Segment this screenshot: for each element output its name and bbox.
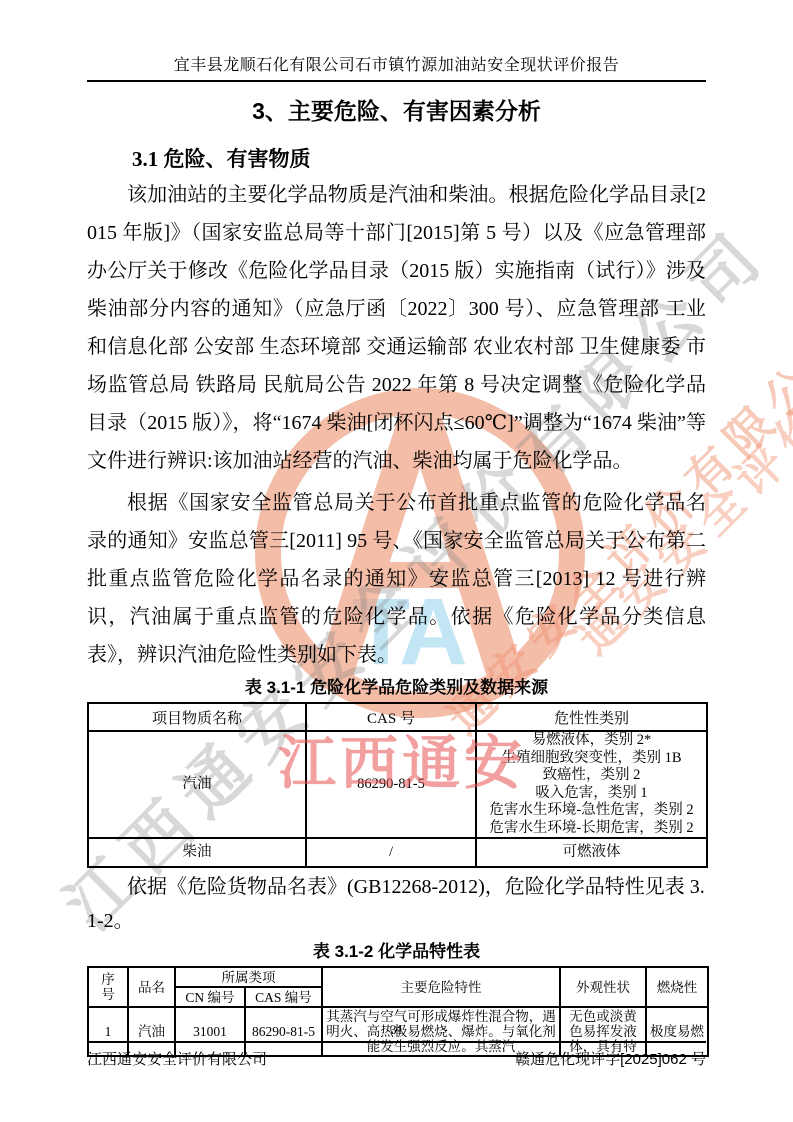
note-paragraph: 依据《危险货物品名表》(GB12268-2012)，危险化学品特性见表 3.1-… (87, 870, 706, 938)
col-header-category-group: 所属类项 (175, 967, 322, 987)
chapter-title: 3、主要危险、有害因素分析 (87, 96, 706, 126)
col-header-flammability: 燃烧性 (646, 967, 708, 1007)
col-header-cas-code: CAS 编号 (245, 987, 322, 1007)
cell-substance: 柴油 (88, 838, 306, 867)
cell-substance: 汽油 (88, 731, 306, 838)
table-header-row: 序 号 品名 所属类项 主要危险特性 外观性状 燃烧性 (88, 967, 708, 987)
footer-doc-number: 赣通危化现评字[2025]062 号 (515, 1048, 706, 1069)
page-number: 31 (87, 1022, 706, 1038)
table-row: 汽油 86290-81-5 易燃液体，类别 2* 生殖细胞致突变性，类别 1B … (88, 731, 707, 838)
col-header-substance: 项目物质名称 (88, 703, 306, 731)
table-row: 柴油 / 可燃液体 (88, 838, 707, 867)
paragraph-1: 该加油站的主要化学品物质是汽油和柴油。根据危险化学品目录[2015 年版]》（国… (87, 176, 706, 480)
paragraph-2: 根据《国家安全监管总局关于公布首批重点监管的危险化学品名录的通知》安监总管三[2… (87, 484, 706, 674)
running-header: 宜丰县龙顺石化有限公司石市镇竹源加油站安全现状评价报告 (87, 0, 706, 82)
col-header-main-hazard: 主要危险特性 (322, 967, 560, 1007)
col-header-appearance: 外观性状 (560, 967, 646, 1007)
hazard-class-table: 项目物质名称 CAS 号 危性性类别 汽油 86290-81-5 易燃液体，类别… (87, 702, 708, 868)
cell-hazards: 可燃液体 (476, 838, 707, 867)
col-header-hazard-class: 危性性类别 (476, 703, 707, 731)
table1-caption: 表 3.1-1 危险化学品危险类别及数据来源 (87, 678, 706, 698)
cell-hazards: 易燃液体，类别 2* 生殖细胞致突变性，类别 1B 致癌性，类别 2 吸入危害，… (476, 731, 707, 838)
cell-cas: 86290-81-5 (306, 731, 476, 838)
report-page: TA 江西通安安全评价有限公司 通安安全评价有限公司 通安安全评价有限公司 江西… (0, 0, 793, 1122)
table-header-row: 项目物质名称 CAS 号 危性性类别 (88, 703, 707, 731)
col-header-cas: CAS 号 (306, 703, 476, 731)
footer-company: 江西通安安全评价有限公司 (87, 1048, 267, 1069)
table2-caption: 表 3.1-2 化学品特性表 (87, 942, 706, 962)
col-header-cn-code: CN 编号 (175, 987, 245, 1007)
page-footer: 31 江西通安安全评价有限公司 赣通危化现评字[2025]062 号 (87, 1022, 706, 1069)
col-header-seq: 序 号 (88, 967, 128, 1007)
col-header-product: 品名 (128, 967, 175, 1007)
page-content: 宜丰县龙顺石化有限公司石市镇竹源加油站安全现状评价报告 3、主要危险、有害因素分… (0, 0, 793, 1057)
section-title: 3.1 危险、有害物质 (132, 146, 706, 172)
cell-cas: / (306, 838, 476, 867)
